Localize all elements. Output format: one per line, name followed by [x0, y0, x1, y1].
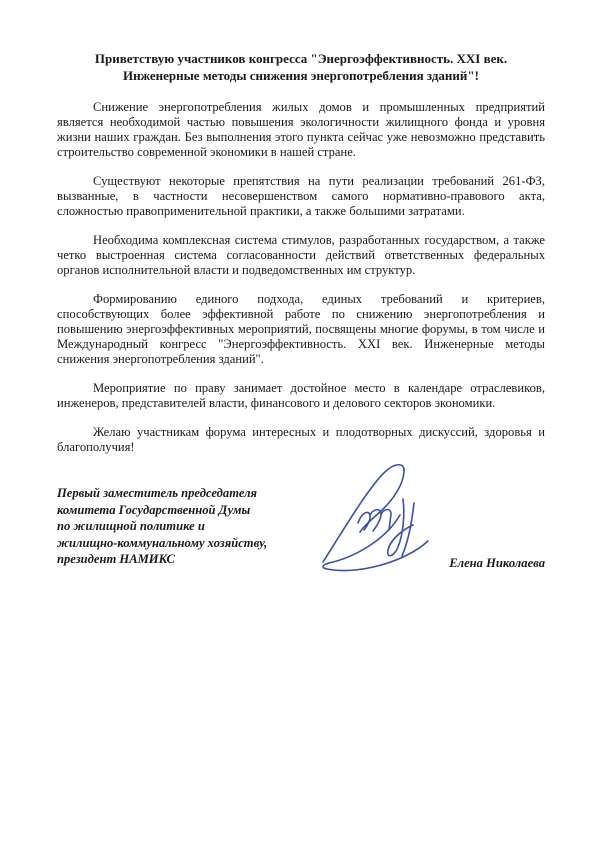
paragraph: Желаю участникам форума интересных и пло…	[57, 425, 545, 455]
signer-position-line: по жилищной политике и	[57, 518, 312, 535]
signer-position: Первый заместитель председателя комитета…	[57, 477, 312, 589]
signature-block: Первый заместитель председателя комитета…	[57, 477, 545, 589]
paragraph: Существуют некоторые препятствия на пути…	[57, 174, 545, 219]
signer-position-line: президент НАМИКС	[57, 551, 312, 568]
paragraph: Формированию единого подхода, единых тре…	[57, 292, 545, 367]
letter-title: Приветствую участников конгресса "Энерго…	[57, 50, 545, 84]
paragraph: Необходима комплексная система стимулов,…	[57, 233, 545, 278]
letter-page: Приветствую участников конгресса "Энерго…	[0, 0, 595, 842]
paragraph: Снижение энергопотребления жилых домов и…	[57, 100, 545, 160]
signer-position-line: жилищно-коммунальному хозяйству,	[57, 535, 312, 552]
letter-body: Снижение энергопотребления жилых домов и…	[57, 100, 545, 455]
signer-position-line: комитета Государственной Думы	[57, 502, 312, 519]
signature-autograph-icon	[314, 459, 449, 577]
signature-autograph	[314, 459, 449, 589]
letter-title-line1: Приветствую участников конгресса "Энерго…	[95, 51, 507, 66]
signer-name: Елена Николаева	[449, 556, 545, 571]
paragraph: Мероприятие по праву занимает достойное …	[57, 381, 545, 411]
signer-position-line: Первый заместитель председателя	[57, 485, 312, 502]
letter-title-line2: Инженерные методы снижения энергопотребл…	[123, 68, 479, 83]
